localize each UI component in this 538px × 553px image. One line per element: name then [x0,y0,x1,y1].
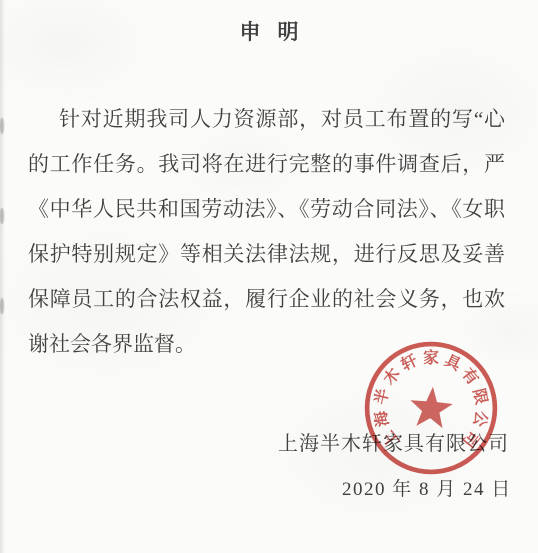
seal-arc-char: 限 [469,387,491,407]
body-line: 的工作任务。我司将在进行完整的事件调查后，严格遵守 [28,142,505,187]
seal-arc-char: 半 [372,387,393,407]
body-line: 针对近期我司人力资源部，对员工布置的写“心得” [28,97,505,142]
statement-body: 针对近期我司人力资源部，对员工布置的写“心得” 的工作任务。我司将在进行完整的事… [28,97,505,367]
scan-artifact [0,298,4,314]
seal-arc-char: 木 [380,365,404,389]
body-line: 保障员工的合法权益，履行企业的社会义务，也欢迎并感 [28,277,505,322]
document-title: 申明 [0,16,538,46]
body-line: 谢社会各界监督。 [28,322,505,367]
scan-artifact [0,118,4,134]
seal-arc-char: 有 [458,364,483,388]
star-icon [408,385,454,429]
seal-arc-char: 公 [469,409,490,428]
body-line: 《中华人民共和国劳动法》、《劳动合同法》、《女职工劳动 [28,187,505,232]
body-line: 保护特别规定》等相关法律法规，进行反思及妥善处理。 [28,232,505,277]
seal-arc-char: 海 [370,409,392,429]
scan-edge-shadow [0,0,5,553]
scan-artifact [0,208,4,224]
company-signature: 上海半木轩家具有限公司 [278,427,509,456]
date-line: 2020 年 8 月 24 日 [342,474,512,501]
